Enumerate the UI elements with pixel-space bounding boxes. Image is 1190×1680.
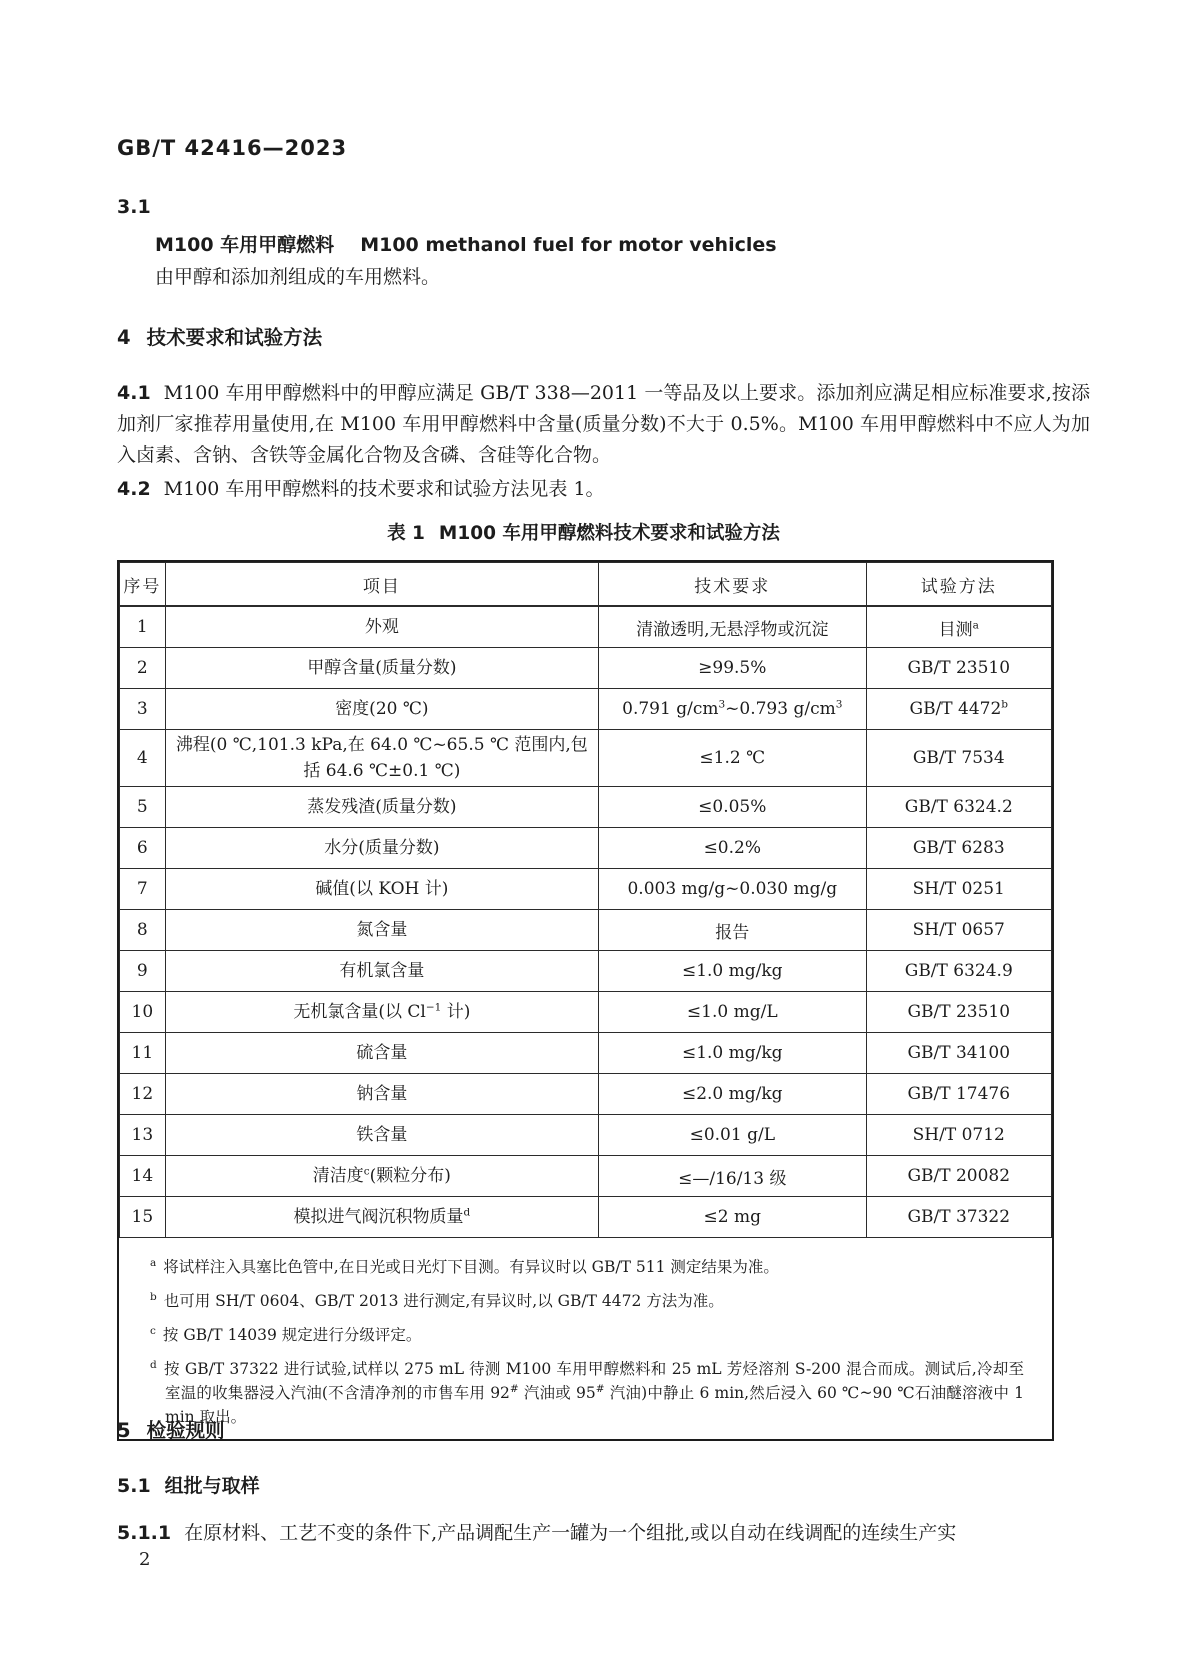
table-body: 1外观清澈透明,无悬浮物或沉淀目测a2甲醇含量(质量分数)≥99.5%GB/T … bbox=[120, 606, 1052, 1238]
table-footnotes: a将试样注入具塞比色管中,在日光或日光灯下目测。有异议时以 GB/T 511 测… bbox=[119, 1238, 1052, 1439]
section-5-heading: 5检验规则 bbox=[117, 1415, 225, 1443]
cell-item: 无机氯含量(以 Cl−1 计) bbox=[165, 992, 598, 1033]
cell-method: GB/T 6324.2 bbox=[866, 787, 1051, 828]
cell-method: SH/T 0712 bbox=[866, 1115, 1051, 1156]
table-row: 7碱值(以 KOH 计)0.003 mg/g~0.030 mg/gSH/T 02… bbox=[120, 869, 1052, 910]
term-zh: M100 车用甲醇燃料 bbox=[155, 234, 334, 256]
table-row: 9有机氯含量≤1.0 mg/kgGB/T 6324.9 bbox=[120, 951, 1052, 992]
table-row: 13铁含量≤0.01 g/LSH/T 0712 bbox=[120, 1115, 1052, 1156]
cell-method: GB/T 23510 bbox=[866, 992, 1051, 1033]
page-number: 2 bbox=[139, 1549, 150, 1570]
header-item: 项目 bbox=[165, 563, 598, 607]
table-row: 3密度(20 ℃)0.791 g/cm3~0.793 g/cm3GB/T 447… bbox=[120, 689, 1052, 730]
cell-item: 甲醇含量(质量分数) bbox=[165, 648, 598, 689]
clause-5-1-1-text: 在原材料、工艺不变的条件下,产品调配生产一罐为一个组批,或以自动在线调配的连续生… bbox=[184, 1522, 956, 1544]
cell-item: 外观 bbox=[165, 606, 598, 648]
clause-5-1-1-paragraph: 5.1.1在原材料、工艺不变的条件下,产品调配生产一罐为一个组批,或以自动在线调… bbox=[117, 1518, 1127, 1549]
doc-number: GB/T 42416—2023 bbox=[117, 136, 347, 160]
cell-serial: 1 bbox=[120, 606, 166, 648]
cell-serial: 7 bbox=[120, 869, 166, 910]
cell-item: 密度(20 ℃) bbox=[165, 689, 598, 730]
cell-method: GB/T 4472b bbox=[866, 689, 1051, 730]
cell-item: 水分(质量分数) bbox=[165, 828, 598, 869]
section-5-number: 5 bbox=[117, 1419, 131, 1442]
cell-item: 有机氯含量 bbox=[165, 951, 598, 992]
cell-item: 氮含量 bbox=[165, 910, 598, 951]
clause-3-1-number: 3.1 bbox=[117, 196, 151, 218]
section-5-title: 检验规则 bbox=[147, 1419, 225, 1442]
cell-requirement: 0.791 g/cm3~0.793 g/cm3 bbox=[599, 689, 866, 730]
cell-serial: 3 bbox=[120, 689, 166, 730]
superscript-marker: a bbox=[973, 619, 979, 631]
cell-serial: 14 bbox=[120, 1156, 166, 1197]
cell-method: 目测a bbox=[866, 606, 1051, 648]
header-requirement: 技术要求 bbox=[599, 563, 866, 607]
header-serial: 序号 bbox=[120, 563, 166, 607]
cell-serial: 2 bbox=[120, 648, 166, 689]
cell-method: GB/T 20082 bbox=[866, 1156, 1051, 1197]
cell-serial: 15 bbox=[120, 1197, 166, 1238]
cell-method: GB/T 17476 bbox=[866, 1074, 1051, 1115]
cell-serial: 8 bbox=[120, 910, 166, 951]
cell-requirement: 0.003 mg/g~0.030 mg/g bbox=[599, 869, 866, 910]
footnote: c按 GB/T 14039 规定进行分级评定。 bbox=[150, 1323, 1024, 1347]
clause-5-1-heading: 5.1组批与取样 bbox=[117, 1471, 260, 1498]
table-row: 2甲醇含量(质量分数)≥99.5%GB/T 23510 bbox=[120, 648, 1052, 689]
table-row: 14清洁度c(颗粒分布)≤—/16/13 级GB/T 20082 bbox=[120, 1156, 1052, 1197]
cell-requirement: ≤1.2 ℃ bbox=[599, 730, 866, 787]
cell-item: 沸程(0 ℃,101.3 kPa,在 64.0 ℃~65.5 ℃ 范围内,包括 … bbox=[165, 730, 598, 787]
clause-4-1-paragraph: 4.1M100 车用甲醇燃料中的甲醇应满足 GB/T 338—2011 一等品及… bbox=[117, 378, 1090, 471]
cell-item: 蒸发残渣(质量分数) bbox=[165, 787, 598, 828]
cell-item: 铁含量 bbox=[165, 1115, 598, 1156]
superscript-marker: 3 bbox=[718, 698, 725, 710]
clause-5-1-1-number: 5.1.1 bbox=[117, 1522, 171, 1544]
table-row: 12钠含量≤2.0 mg/kgGB/T 17476 bbox=[120, 1074, 1052, 1115]
cell-requirement: ≤1.0 mg/L bbox=[599, 992, 866, 1033]
superscript-marker: # bbox=[510, 1383, 519, 1395]
cell-serial: 9 bbox=[120, 951, 166, 992]
cell-method: GB/T 7534 bbox=[866, 730, 1051, 787]
table-row: 6水分(质量分数)≤0.2%GB/T 6283 bbox=[120, 828, 1052, 869]
cell-requirement: ≤—/16/13 级 bbox=[599, 1156, 866, 1197]
table-header-row: 序号 项目 技术要求 试验方法 bbox=[120, 563, 1052, 607]
table-row: 15模拟进气阀沉积物质量d≤2 mgGB/T 37322 bbox=[120, 1197, 1052, 1238]
cell-requirement: ≤2 mg bbox=[599, 1197, 866, 1238]
clause-5-1-title: 组批与取样 bbox=[165, 1475, 260, 1497]
table-row: 1外观清澈透明,无悬浮物或沉淀目测a bbox=[120, 606, 1052, 648]
clause-4-1-number: 4.1 bbox=[117, 382, 151, 404]
clause-4-2-paragraph: 4.2M100 车用甲醇燃料的技术要求和试验方法见表 1。 bbox=[117, 474, 1090, 505]
cell-method: SH/T 0657 bbox=[866, 910, 1051, 951]
cell-serial: 5 bbox=[120, 787, 166, 828]
cell-requirement: ≤2.0 mg/kg bbox=[599, 1074, 866, 1115]
cell-item: 模拟进气阀沉积物质量d bbox=[165, 1197, 598, 1238]
cell-requirement: 清澈透明,无悬浮物或沉淀 bbox=[599, 606, 866, 648]
cell-serial: 13 bbox=[120, 1115, 166, 1156]
spec-table: 序号 项目 技术要求 试验方法 1外观清澈透明,无悬浮物或沉淀目测a2甲醇含量(… bbox=[119, 562, 1052, 1238]
cell-method: SH/T 0251 bbox=[866, 869, 1051, 910]
superscript-marker: −1 bbox=[426, 1001, 441, 1013]
section-4-heading: 4技术要求和试验方法 bbox=[117, 322, 322, 350]
cell-requirement: ≤0.05% bbox=[599, 787, 866, 828]
cell-serial: 12 bbox=[120, 1074, 166, 1115]
superscript-marker: # bbox=[596, 1383, 605, 1395]
table-caption: 表 1M100 车用甲醇燃料技术要求和试验方法 bbox=[117, 519, 1050, 545]
footnote-marker: d bbox=[150, 1359, 157, 1371]
clause-5-1-number: 5.1 bbox=[117, 1475, 151, 1497]
superscript-marker: 3 bbox=[836, 698, 843, 710]
table-row: 10无机氯含量(以 Cl−1 计)≤1.0 mg/LGB/T 23510 bbox=[120, 992, 1052, 1033]
cell-item: 钠含量 bbox=[165, 1074, 598, 1115]
header-method: 试验方法 bbox=[866, 563, 1051, 607]
footnote: a将试样注入具塞比色管中,在日光或日光灯下目测。有异议时以 GB/T 511 测… bbox=[150, 1255, 1024, 1279]
cell-requirement: ≤1.0 mg/kg bbox=[599, 1033, 866, 1074]
footnote: d按 GB/T 37322 进行试验,试样以 275 mL 待测 M100 车用… bbox=[150, 1357, 1024, 1429]
footnote-marker: b bbox=[150, 1291, 157, 1303]
superscript-marker: b bbox=[1001, 698, 1008, 710]
table-row: 5蒸发残渣(质量分数)≤0.05%GB/T 6324.2 bbox=[120, 787, 1052, 828]
table-row: 8氮含量报告SH/T 0657 bbox=[120, 910, 1052, 951]
spec-table-frame: 序号 项目 技术要求 试验方法 1外观清澈透明,无悬浮物或沉淀目测a2甲醇含量(… bbox=[117, 560, 1054, 1441]
term-line: M100 车用甲醇燃料M100 methanol fuel for motor … bbox=[155, 230, 777, 257]
cell-requirement: 报告 bbox=[599, 910, 866, 951]
cell-item: 清洁度c(颗粒分布) bbox=[165, 1156, 598, 1197]
table-row: 11硫含量≤1.0 mg/kgGB/T 34100 bbox=[120, 1033, 1052, 1074]
cell-serial: 10 bbox=[120, 992, 166, 1033]
cell-serial: 4 bbox=[120, 730, 166, 787]
cell-method: GB/T 6324.9 bbox=[866, 951, 1051, 992]
cell-method: GB/T 37322 bbox=[866, 1197, 1051, 1238]
term-definition: 由甲醇和添加剂组成的车用燃料。 bbox=[155, 262, 440, 289]
table-row: 4沸程(0 ℃,101.3 kPa,在 64.0 ℃~65.5 ℃ 范围内,包括… bbox=[120, 730, 1052, 787]
footnote-marker: a bbox=[150, 1257, 156, 1269]
cell-item: 碱值(以 KOH 计) bbox=[165, 869, 598, 910]
cell-serial: 11 bbox=[120, 1033, 166, 1074]
cell-requirement: ≥99.5% bbox=[599, 648, 866, 689]
superscript-marker: c bbox=[364, 1165, 370, 1177]
clause-4-2-number: 4.2 bbox=[117, 478, 151, 500]
cell-requirement: ≤1.0 mg/kg bbox=[599, 951, 866, 992]
section-4-title: 技术要求和试验方法 bbox=[147, 326, 323, 349]
table-caption-title: M100 车用甲醇燃料技术要求和试验方法 bbox=[439, 523, 780, 544]
footnote: b也可用 SH/T 0604、GB/T 2013 进行测定,有异议时,以 GB/… bbox=[150, 1289, 1024, 1313]
cell-method: GB/T 23510 bbox=[866, 648, 1051, 689]
footnote-marker: c bbox=[150, 1325, 156, 1337]
section-4-number: 4 bbox=[117, 326, 131, 349]
table-caption-label: 表 1 bbox=[387, 523, 425, 544]
cell-method: GB/T 34100 bbox=[866, 1033, 1051, 1074]
cell-requirement: ≤0.01 g/L bbox=[599, 1115, 866, 1156]
clause-4-1-text: M100 车用甲醇燃料中的甲醇应满足 GB/T 338—2011 一等品及以上要… bbox=[117, 382, 1090, 466]
term-en: M100 methanol fuel for motor vehicles bbox=[360, 234, 776, 256]
cell-serial: 6 bbox=[120, 828, 166, 869]
superscript-marker: d bbox=[463, 1206, 470, 1218]
clause-4-2-text: M100 车用甲醇燃料的技术要求和试验方法见表 1。 bbox=[164, 478, 605, 500]
cell-method: GB/T 6283 bbox=[866, 828, 1051, 869]
cell-requirement: ≤0.2% bbox=[599, 828, 866, 869]
cell-item: 硫含量 bbox=[165, 1033, 598, 1074]
